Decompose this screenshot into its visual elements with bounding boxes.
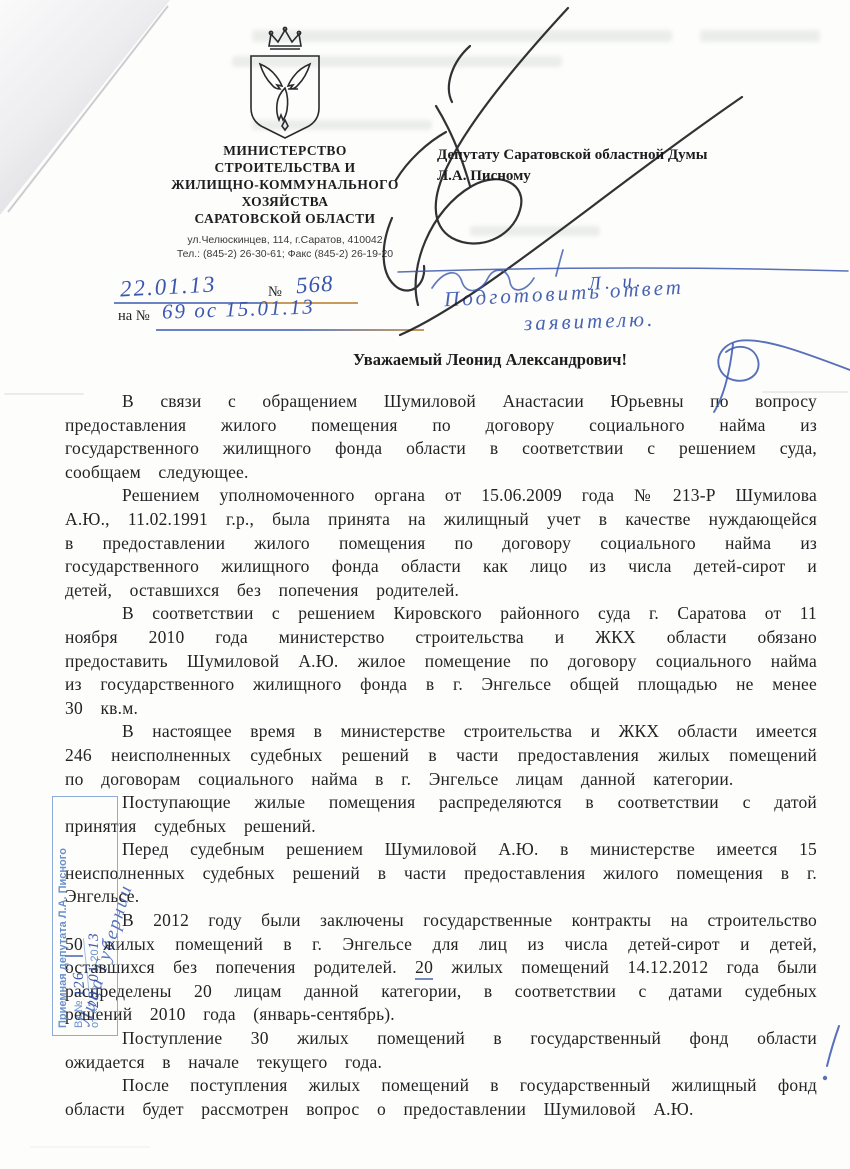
body-paragraph-1: В связи с обращением Шумиловой Анастасии…	[65, 390, 817, 484]
ref-reply-label: на №	[118, 308, 150, 325]
ref-rule	[156, 329, 424, 331]
ministry-name: МИНИСТЕРСТВО СТРОИТЕЛЬСТВА И ЖИЛИЩНО-КОМ…	[118, 142, 452, 227]
stamp-title: Приемная депутата Л.А. Писного	[56, 804, 71, 1028]
salutation: Уважаемый Леонид Александрович!	[240, 350, 740, 370]
stamp-inbox-row: Вх.№ 126	[71, 804, 87, 1028]
body-paragraph-7: В 2012 году были заключены государственн…	[65, 909, 817, 1027]
stamp-date-month-handwritten: 01	[86, 965, 102, 982]
body-paragraph-4: В настоящее время в министерстве строите…	[65, 720, 817, 791]
stamp-year-prefix: 20	[89, 949, 101, 961]
scan-streak	[30, 1146, 150, 1148]
scanned-letter-page: МИНИСТЕРСТВО СТРОИТЕЛЬСТВА И ЖИЛИЩНО-КОМ…	[0, 0, 850, 1169]
stamp-date-prefix: от «	[89, 1008, 101, 1028]
addressee-line1: Депутату Саратовской областной Думы	[437, 145, 817, 166]
ministry-name-line: СТРОИТЕЛЬСТВА И	[118, 159, 452, 176]
letter-body: В связи с обращением Шумиловой Анастасии…	[65, 390, 817, 1121]
body-paragraph-2: Решением уполномоченного органа от 15.06…	[65, 484, 817, 602]
address-phone: Тел.: (845-2) 26-30-61; Факс (845-2) 26-…	[110, 248, 460, 262]
stamp-date-close: »	[89, 985, 101, 991]
addressee-line2: Л.А. Писному	[437, 166, 817, 187]
ministry-address: ул.Челюскинцев, 114, г.Саратов, 410042 Т…	[110, 234, 460, 261]
addressee-block: Депутату Саратовской областной Думы Л.А.…	[437, 145, 817, 187]
ministry-name-line: МИНИСТЕРСТВО	[118, 142, 452, 159]
address-street: ул.Челюскинцев, 114, г.Саратов, 410042	[110, 234, 460, 248]
body-paragraph-6: Перед судебным решением Шумиловой А.Ю. в…	[65, 838, 817, 909]
underlined-number: 20	[415, 957, 433, 980]
body-paragraph-3: В соответствии с решением Кировского рай…	[65, 602, 817, 720]
ministry-name-line: ЖИЛИЩНО-КОММУНАЛЬНОГО	[118, 176, 452, 193]
reception-stamp: Приемная депутата Л.А. Писного Вх.№ 126 …	[52, 796, 118, 1036]
bleed-through-artifact	[700, 30, 820, 42]
body-paragraph-8: Поступление 30 жилых помещений в государ…	[65, 1027, 817, 1074]
margin-exclamation-mark	[827, 1026, 839, 1066]
paragraph-text: В 2012 году были заключены государственн…	[122, 910, 817, 930]
body-paragraph-5: Поступающие жилые помещения распределяют…	[65, 791, 817, 838]
resolution-note-line2: заявителю.	[524, 307, 656, 337]
bleed-through-artifact	[470, 226, 600, 236]
ministry-name-line: ХОЗЯЙСТВА	[118, 193, 452, 210]
body-paragraph-9: После поступления жилых помещений в госу…	[65, 1074, 817, 1121]
ref-reply-handwritten: 69 ос 15.01.13	[162, 294, 316, 324]
stamp-year-handwritten: 13	[86, 932, 102, 949]
stamp-inbox-label: Вх.№	[73, 1000, 85, 1028]
saratov-coat-of-arms-icon	[233, 26, 337, 145]
ministry-name-line: САРАТОВСКОЙ ОБЛАСТИ	[118, 210, 452, 227]
